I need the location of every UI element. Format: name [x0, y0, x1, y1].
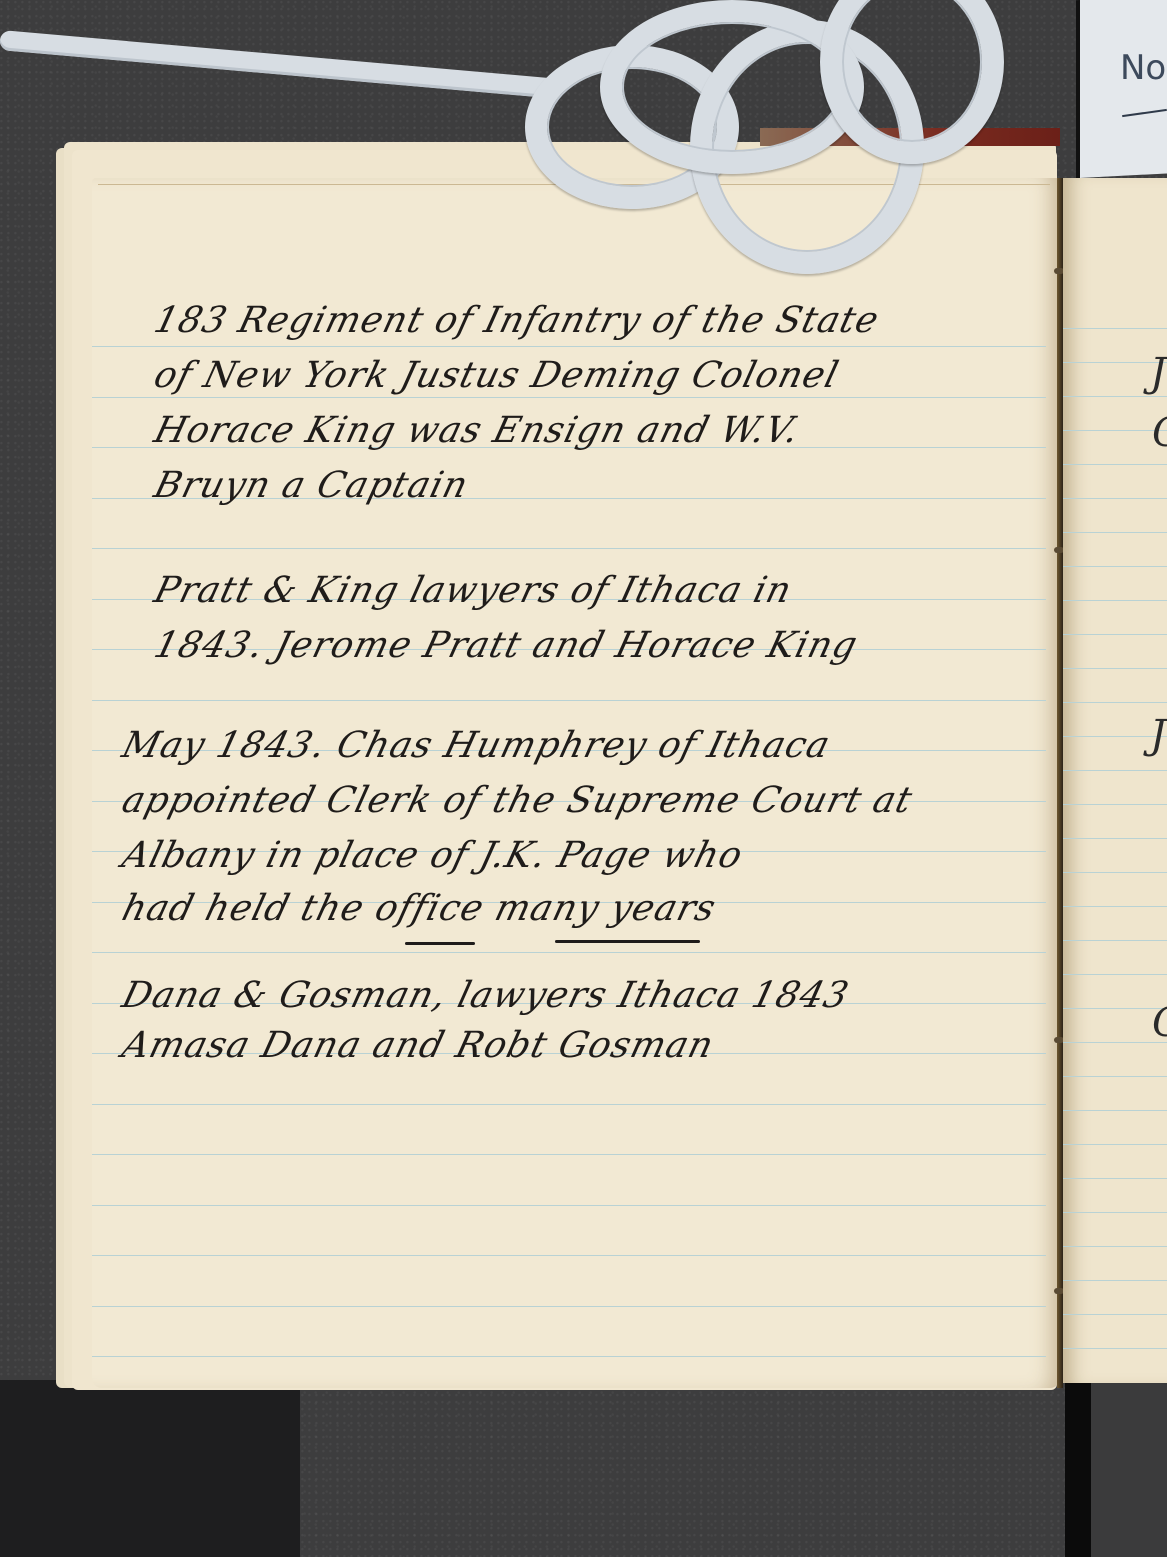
table-gap: [1065, 1380, 1091, 1557]
ruled-line: [92, 700, 1046, 701]
ruled-line: [92, 346, 1046, 347]
ruled-line: [1063, 940, 1167, 941]
section-divider: [405, 942, 475, 945]
ruled-line: [1063, 532, 1167, 533]
ruled-line: [1063, 328, 1167, 329]
entry-humphrey-line-4: had held the office many years: [118, 888, 720, 929]
entry-pratt-king-line-2: 1843. Jerome Pratt and Horace King: [150, 625, 862, 666]
ruled-line: [92, 1356, 1046, 1357]
table-surface-shadow: [0, 1380, 300, 1557]
entry-dana-gosman-line-1: Dana & Gosman, lawyers Ithaca 1843: [118, 975, 853, 1016]
ruled-line: [92, 397, 1046, 398]
ruled-line: [92, 548, 1046, 549]
ruled-line: [1063, 464, 1167, 465]
entry-humphrey-line-2: appointed Clerk of the Supreme Court at: [118, 780, 917, 821]
ruled-line: [1063, 872, 1167, 873]
table-surface-right: [1091, 1380, 1167, 1557]
entry-regiment-line-3: Horace King was Ensign and W.V.: [150, 410, 804, 451]
entry-regiment-line-4: Bruyn a Captain: [150, 465, 473, 506]
entry-regiment-line-1: 183 Regiment of Infantry of the State: [150, 300, 883, 341]
ruled-line: [1063, 1178, 1167, 1179]
ruled-line: [92, 1104, 1046, 1105]
section-divider: [555, 940, 700, 943]
ruled-line: [92, 952, 1046, 953]
ruled-line: [1063, 702, 1167, 703]
index-card: [1080, 0, 1167, 178]
entry-regiment-line-2: of New York Justus Deming Colonel: [150, 355, 843, 396]
entry-dana-gosman-line-2: Amasa Dana and Robt Gosman: [118, 1025, 718, 1066]
ruled-line: [1063, 634, 1167, 635]
cord-strand: [0, 30, 559, 99]
ruled-line: [1063, 804, 1167, 805]
ruled-line: [1063, 1110, 1167, 1111]
ruled-line: [92, 1154, 1046, 1155]
index-card-text: No: [1120, 48, 1166, 88]
ruled-line: [1063, 600, 1167, 601]
ruled-line: [1063, 770, 1167, 771]
ruled-line: [1063, 1348, 1167, 1349]
ruled-line: [1063, 1212, 1167, 1213]
entry-humphrey-line-1: May 1843. Chas Humphrey of Ithaca: [118, 725, 835, 766]
facing-page-fragment: J: [1150, 712, 1166, 758]
ruled-line: [1063, 838, 1167, 839]
ruled-line: [1063, 1076, 1167, 1077]
entry-humphrey-line-3: Albany in place of J.K. Page who: [118, 835, 747, 876]
ruled-line: [1063, 668, 1167, 669]
facing-page-fragment: J: [1150, 350, 1166, 396]
ruled-line: [1063, 1246, 1167, 1247]
ruled-line: [92, 1205, 1046, 1206]
ruled-line: [1063, 396, 1167, 397]
ruled-line: [1063, 566, 1167, 567]
ruled-line: [1063, 1144, 1167, 1145]
facing-page-fragment: C: [1152, 1000, 1167, 1046]
ruled-line: [1063, 1314, 1167, 1315]
entry-pratt-king-line-1: Pratt & King lawyers of Ithaca in: [150, 570, 796, 611]
ruled-line: [1063, 1280, 1167, 1281]
ruled-line: [1063, 974, 1167, 975]
ruled-line: [1063, 498, 1167, 499]
facing-page-fragment: C: [1152, 410, 1167, 456]
ruled-line: [92, 1306, 1046, 1307]
ruled-line: [92, 1255, 1046, 1256]
ruled-line: [1063, 906, 1167, 907]
